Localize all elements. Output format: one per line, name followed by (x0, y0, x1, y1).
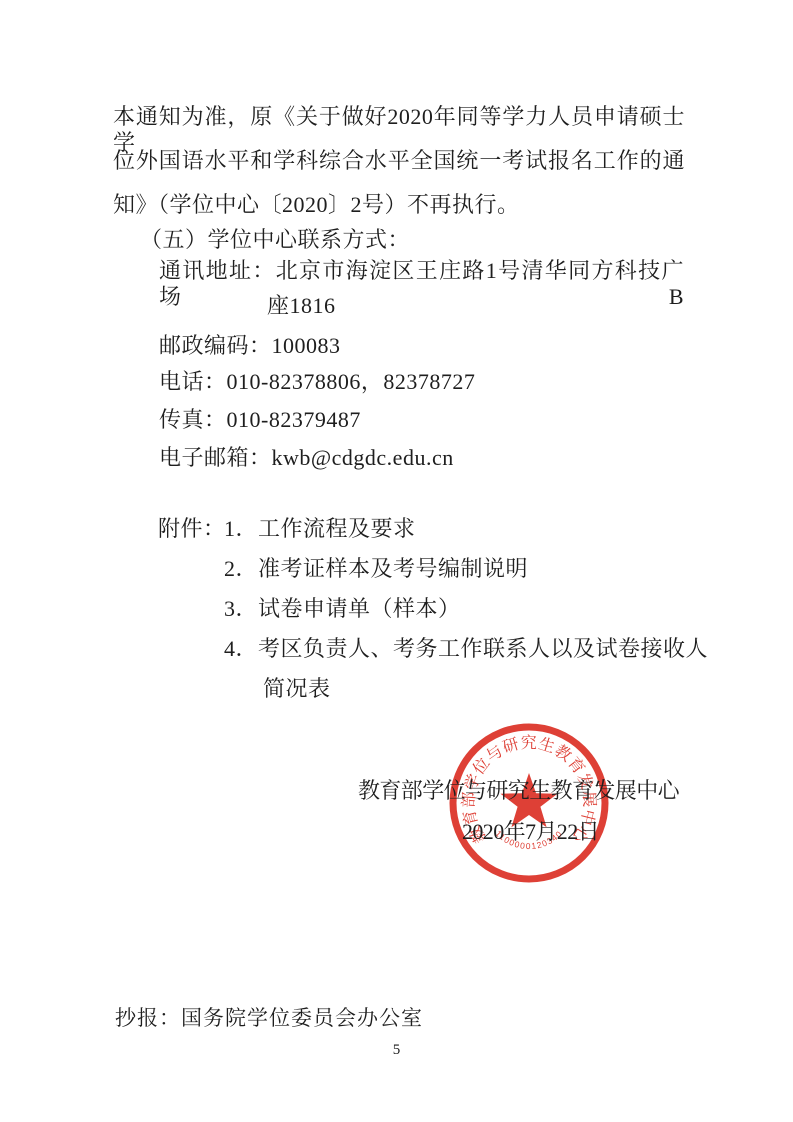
signature-org: 教育部学位与研究生教育发展中心 (358, 778, 679, 804)
signature-date: 2020年7月22日 (462, 819, 599, 845)
attachment-item-4-wrap: 简况表 (263, 676, 331, 702)
contact-email: 电子邮箱：kwb@cdgdc.edu.cn (159, 445, 454, 471)
page-number: 5 (0, 1042, 793, 1059)
contact-fax: 传真：010-82379487 (159, 407, 361, 433)
attachment-item-4: 4．考区负责人、考务工作联系人以及试卷接收人 (224, 636, 708, 662)
attachment-item-2: 2．准考证样本及考号编制说明 (224, 556, 528, 582)
paragraph-line-2: 位外国语水平和学科综合水平全国统一考试报名工作的通 (113, 148, 685, 174)
contact-address-line2: 座1816 (267, 293, 336, 319)
attachment-item-3: 3．试卷申请单（样本） (224, 596, 461, 622)
contact-postal-code: 邮政编码：100083 (159, 333, 341, 359)
paragraph-line-3: 知》（学位中心〔2020〕2号）不再执行。 (113, 192, 520, 218)
attachments-label: 附件： (158, 516, 226, 542)
contact-address-line1: 通讯地址：北京市海淀区王庄路1号清华同方科技广场B (159, 258, 684, 311)
attachment-item-1: 1．工作流程及要求 (224, 516, 416, 542)
document-page: { "colors": { "text": "#1e1e1e", "seal_r… (0, 0, 793, 1122)
contact-phone: 电话：010-82378806，82378727 (159, 369, 475, 395)
copy-to-line: 抄报：国务院学位委员会办公室 (115, 1002, 423, 1032)
section-heading: （五）学位中心联系方式： (140, 227, 410, 253)
